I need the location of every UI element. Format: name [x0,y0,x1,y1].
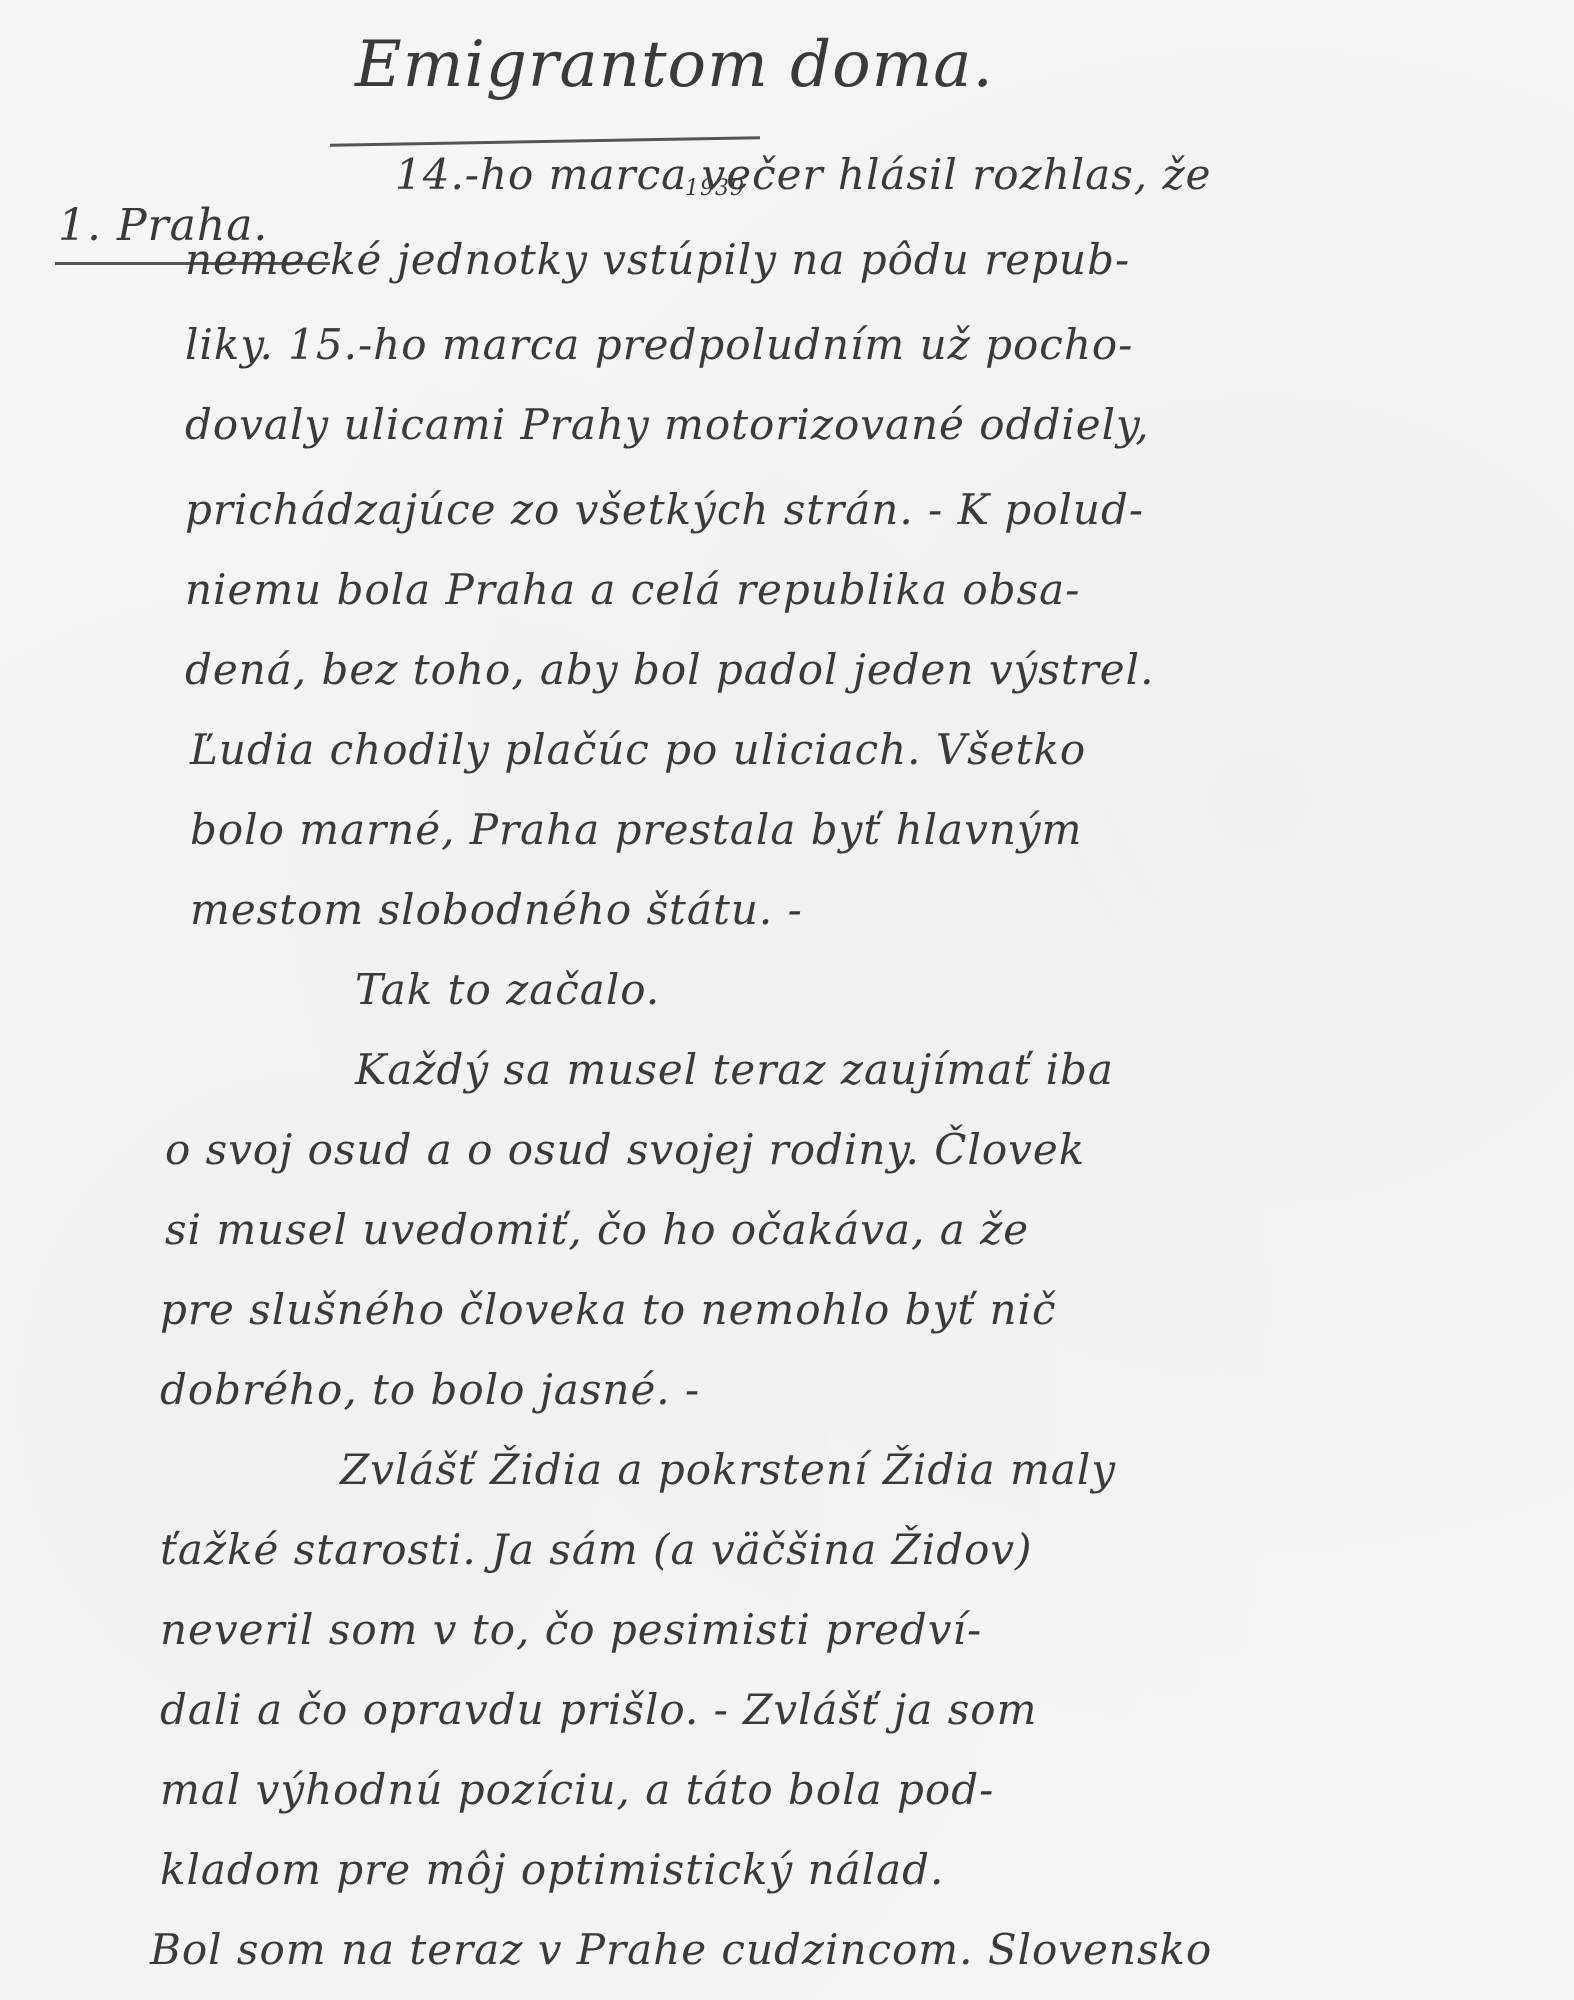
manuscript-line: mestom slobodného štátu. - [190,885,803,934]
manuscript-line: dená, bez toho, aby bol padol jeden výst… [185,645,1154,694]
manuscript-line: Ľudia chodily plačúc po uliciach. Všetko [190,725,1086,774]
manuscript-line: Každý sa musel teraz zaujímať iba [355,1045,1114,1094]
manuscript-line: Zvlášť Židia a pokrstení Židia maly [340,1445,1116,1494]
manuscript-line: 14.-ho marca večer hlásil rozhlas, že [395,150,1211,199]
manuscript-line: dovaly ulicami Prahy motorizované oddiel… [185,400,1150,449]
manuscript-line: nemecké jednotky vstúpily na pôdu repub- [185,235,1130,284]
manuscript-line: prichádzajúce zo všetkých strán. - K pol… [185,485,1144,534]
manuscript-line: si musel uvedomiť, čo ho očakáva, a že [165,1205,1029,1254]
manuscript-line: liky. 15.-ho marca predpoludním už pocho… [185,320,1133,369]
section-number: 1. [58,200,102,251]
manuscript-line: ťažké starosti. Ja sám (a väčšina Židov) [160,1525,1033,1574]
manuscript-line: dobrého, to bolo jasné. - [160,1365,700,1414]
manuscript-line: Bol som na teraz v Prahe cudzincom. Slov… [150,1925,1212,1974]
manuscript-line: dali a čo opravdu prišlo. - Zvlášť ja so… [160,1685,1037,1734]
document-title: Emigrantom doma. [355,28,994,102]
manuscript-line: bolo marné, Praha prestala byť hlavným [190,805,1082,854]
manuscript-line: mal výhodnú pozíciu, a táto bola pod- [160,1765,994,1814]
manuscript-line: neveril som v to, čo pesimisti predví- [160,1605,982,1654]
manuscript-line: kladom pre môj optimistický nálad. [160,1845,944,1894]
manuscript-line: niemu bola Praha a celá republika obsa- [185,565,1080,614]
manuscript-line: Tak to začalo. [355,965,660,1014]
manuscript-line: pre slušného človeka to nemohlo byť nič [160,1285,1057,1334]
manuscript-line: o svoj osud a o osud svojej rodiny. Člov… [165,1125,1085,1174]
